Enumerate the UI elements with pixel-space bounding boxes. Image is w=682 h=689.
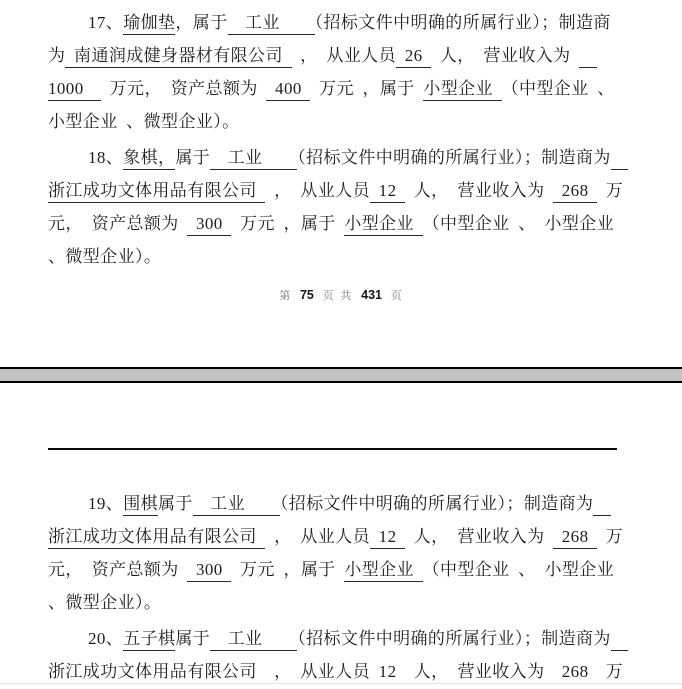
paragraph-item-20: 20、五子棋属于 工业 （招标文件中明确的所属行业）；制造商为 浙江成功文体用品… <box>48 622 648 688</box>
underlined-text-run: 工业 <box>193 494 280 516</box>
text-run: （招标文件中明确的所属行业）；制造商为 <box>297 629 611 648</box>
underlined-text-run: 300 <box>187 560 231 582</box>
underlined-text-run: 268 <box>553 527 597 549</box>
underlined-text-run: 浙江成功文体用品有限公司 <box>48 662 265 684</box>
underlined-text-run: 五子棋 <box>123 629 175 651</box>
paragraph-item-19: 19、围棋属于 工业 （招标文件中明确的所属行业）；制造商为 浙江成功文体用品有… <box>48 487 648 619</box>
document-viewport: 17、瑜伽垫，属于 工业 （招标文件中明确的所属行业）；制造商为 南通润成健身器… <box>0 0 682 689</box>
underlined-text-run: 工业 <box>210 629 297 651</box>
underlined-text-run: 268 <box>553 662 597 684</box>
text-run: 万 <box>597 527 623 546</box>
text-run: 人， 营业收入为 <box>405 662 553 681</box>
text-line: 、微型企业）。 <box>48 586 648 619</box>
text-run: 属于 <box>158 494 193 513</box>
page-76: 19、围棋属于 工业 （招标文件中明确的所属行业）；制造商为 浙江成功文体用品有… <box>0 0 682 689</box>
underlined-text-run: 12 <box>370 662 405 684</box>
underlined-text-run: 浙江成功文体用品有限公司 <box>48 527 265 549</box>
text-run: 属于 <box>175 629 210 648</box>
underlined-text-run: 小型企业 <box>344 560 422 582</box>
bottom-divider <box>0 683 682 684</box>
text-run: 万 <box>597 662 623 681</box>
text-run: 万元 ，属于 <box>231 560 344 579</box>
underlined-text-run <box>611 629 628 651</box>
text-run: 人， 营业收入为 <box>405 527 553 546</box>
text-run: （中型企业 、 小型企业 <box>423 560 615 579</box>
text-run: 20、 <box>88 629 123 648</box>
page-header-rule <box>48 448 617 450</box>
text-line: 19、围棋属于 工业 （招标文件中明确的所属行业）；制造商为 <box>48 487 648 520</box>
text-run: 、微型企业）。 <box>48 593 161 612</box>
text-run: （招标文件中明确的所属行业）；制造商为 <box>280 494 594 513</box>
underlined-text-run: 围棋 <box>123 494 158 516</box>
underlined-text-run <box>593 494 610 516</box>
text-run: 19、 <box>88 494 123 513</box>
text-line: 20、五子棋属于 工业 （招标文件中明确的所属行业）；制造商为 <box>48 622 648 655</box>
underlined-text-run: 12 <box>370 527 405 549</box>
text-line: 浙江成功文体用品有限公司 ， 从业人员 12 人， 营业收入为 268 万 <box>48 520 648 553</box>
text-line: 元， 资产总额为 300 万元 ，属于 小型企业 （中型企业 、 小型企业 <box>48 553 648 586</box>
text-run: ， 从业人员 <box>265 527 370 546</box>
text-run: 元， 资产总额为 <box>48 560 187 579</box>
text-run: ， 从业人员 <box>265 662 370 681</box>
